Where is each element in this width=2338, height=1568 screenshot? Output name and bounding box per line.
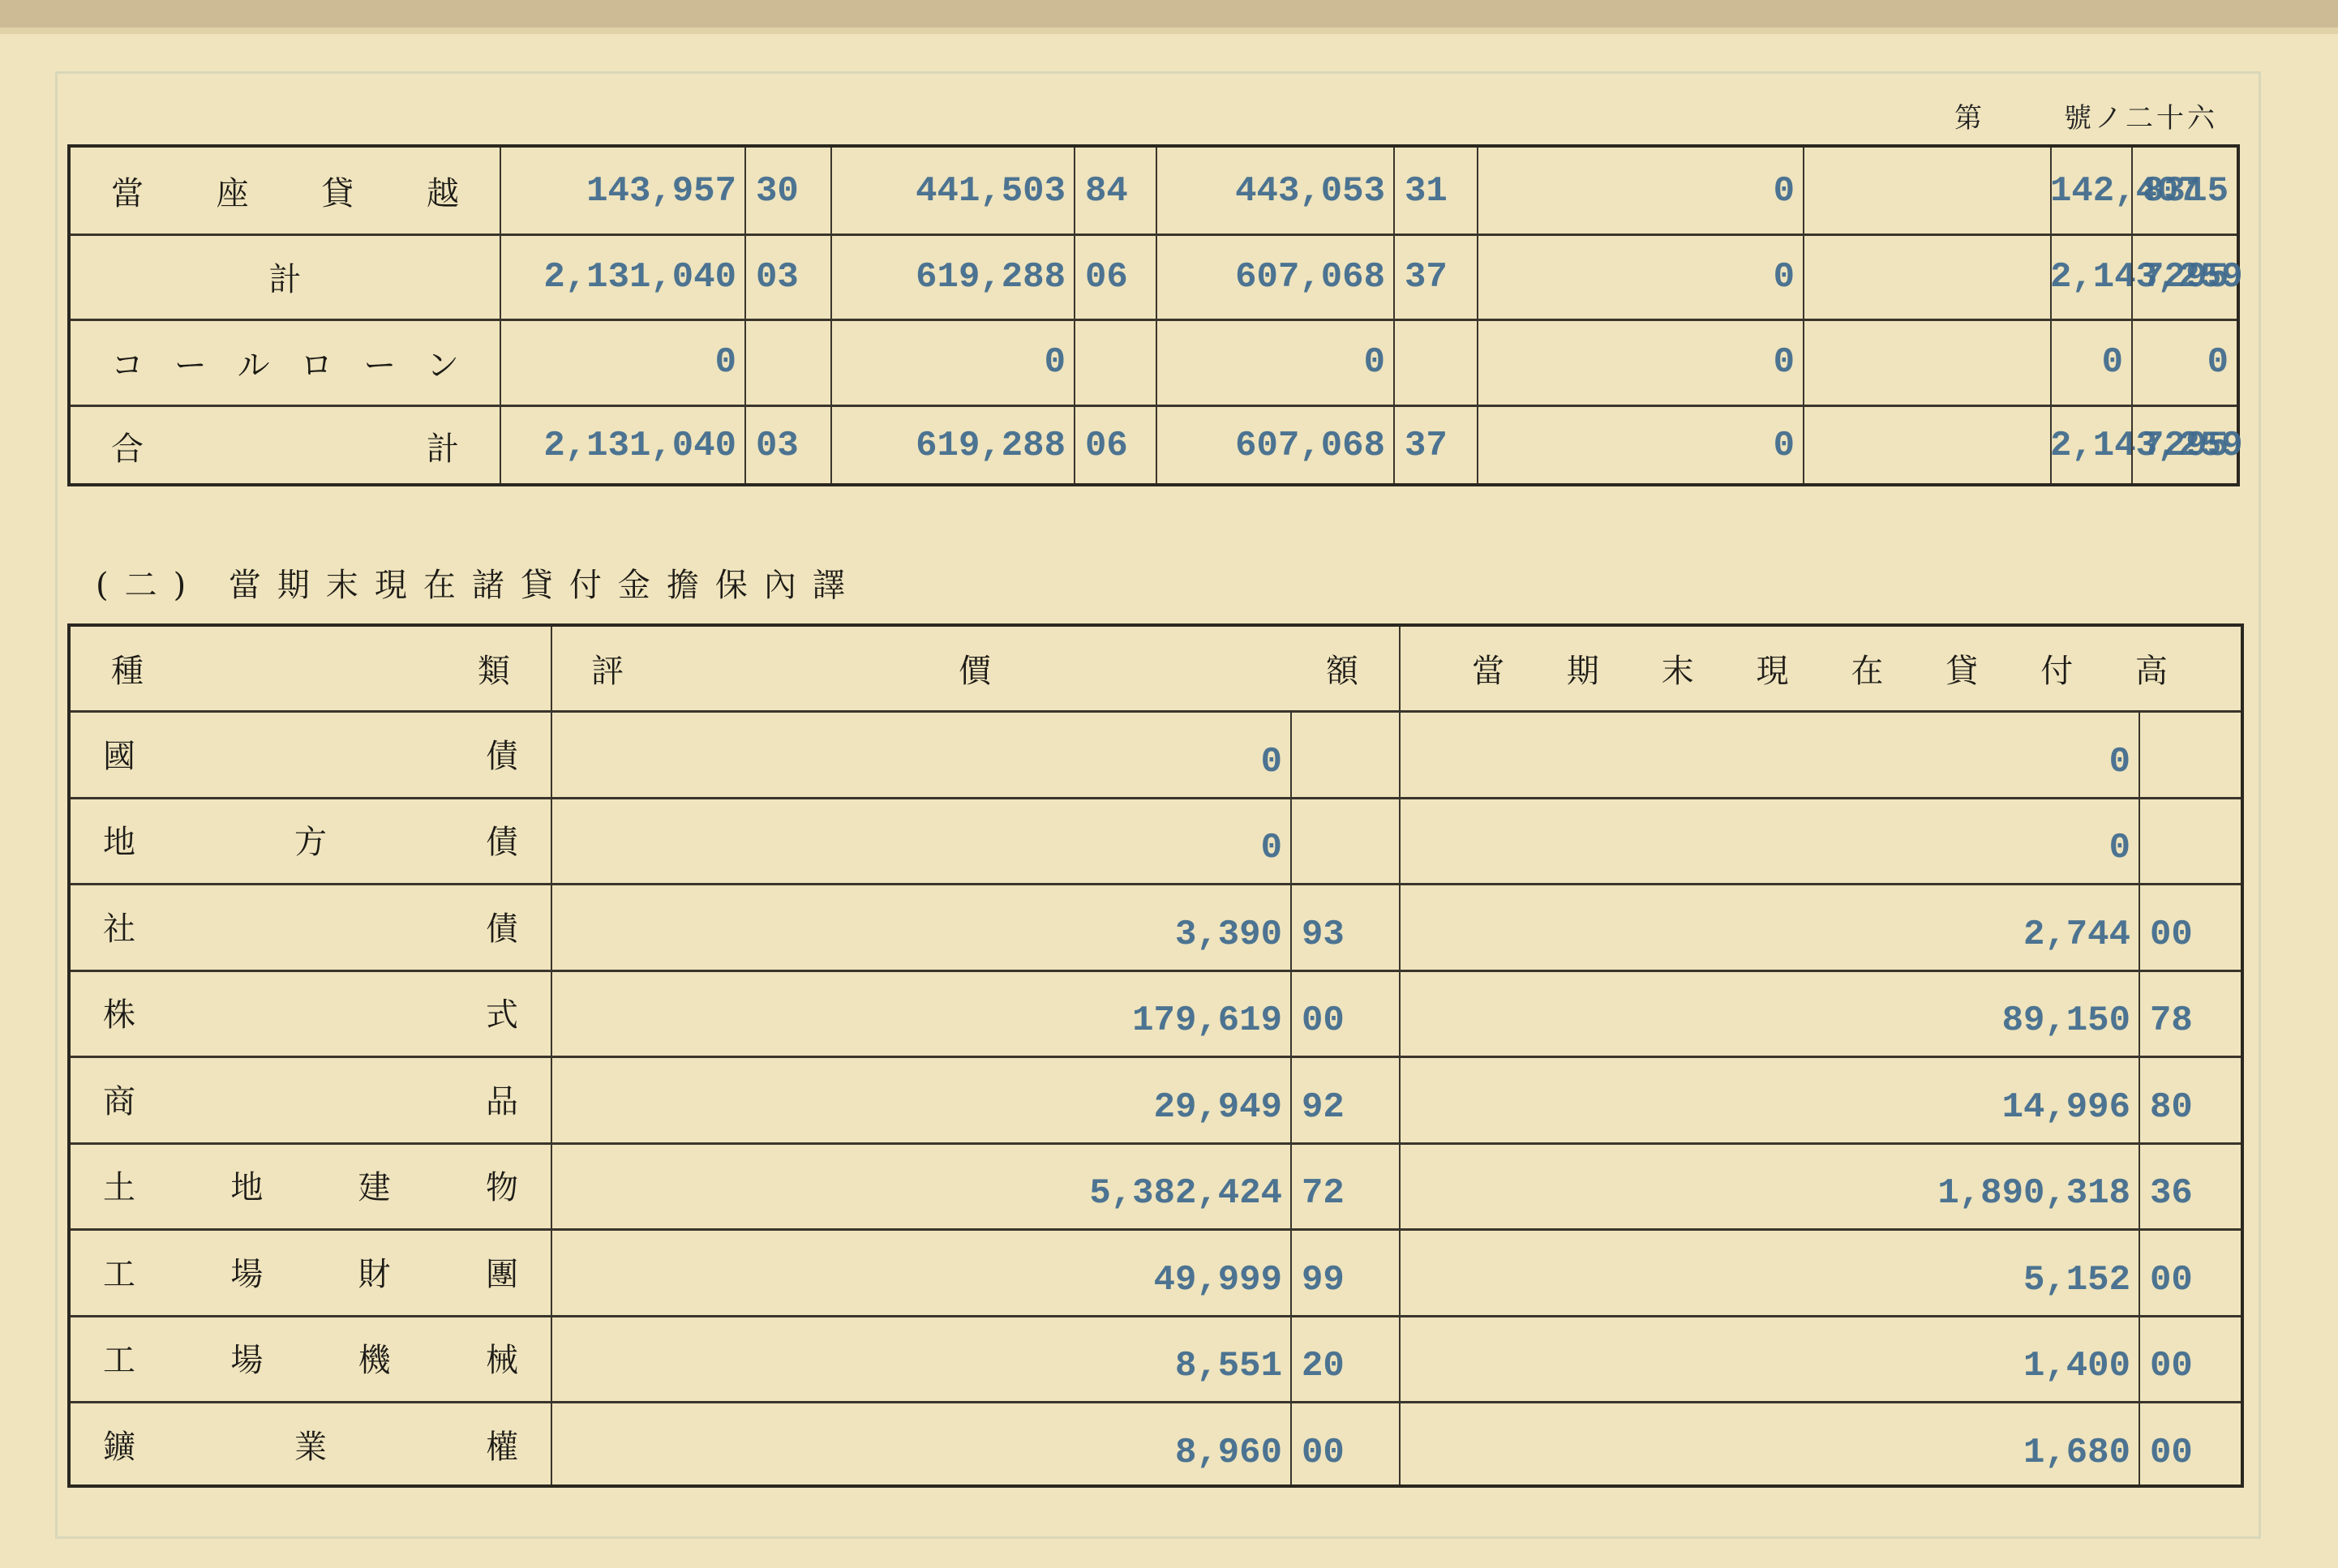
value-cell: 2,131,040 xyxy=(500,405,744,486)
value-cell: 2,143,259 xyxy=(2050,405,2131,486)
rate-value: 95 xyxy=(2131,257,2237,298)
row-overdraft-label: 當座貸越 xyxy=(71,148,500,234)
yen-value: 619,288 xyxy=(830,257,1074,298)
collateral-type-cell: 社債 xyxy=(71,883,551,970)
balance-cell: 89,150 xyxy=(1399,970,2139,1056)
label-char: 場 xyxy=(230,1335,263,1381)
value-cell: 2,131,040 xyxy=(500,234,744,319)
label-char: 當 xyxy=(1472,645,1504,692)
label-char: 債 xyxy=(486,816,518,863)
yen-value: 89,150 xyxy=(1399,1000,2139,1041)
label-char: 商 xyxy=(103,1076,135,1122)
valuation-cell: 0 xyxy=(551,710,1290,797)
balance-cell: 1,400 xyxy=(1399,1315,2139,1402)
label-char: 現 xyxy=(1757,645,1789,692)
collateral-type-cell: 鑛業權 xyxy=(71,1401,551,1488)
column-rule xyxy=(551,627,552,1484)
value-cell: 84 xyxy=(1074,148,1156,234)
header-balance: 當期末現在貸付高 xyxy=(1399,627,2241,710)
sen-value: 37 xyxy=(1393,257,1448,298)
yen-value: 0 xyxy=(1399,828,2139,868)
yen-value: 2,143,259 xyxy=(2050,257,2131,298)
collateral-type-cell: 工場財團 xyxy=(71,1228,551,1315)
balance-sen-cell xyxy=(2139,710,2241,797)
yen-value: 29,949 xyxy=(551,1087,1290,1128)
label-char: 貸 xyxy=(321,168,354,214)
label-char: 式 xyxy=(486,989,518,1035)
balance-sen-cell: 78 xyxy=(2139,970,2241,1056)
sen-value: 00 xyxy=(2139,1346,2193,1386)
yen-value: 1,400 xyxy=(1399,1346,2139,1386)
value-cell: 607,068 xyxy=(1156,234,1393,319)
sen-value: 00 xyxy=(2139,915,2193,955)
collateral-type-label: 商品 xyxy=(71,1076,551,1122)
value-cell xyxy=(1074,319,1156,405)
label-char: 品 xyxy=(486,1076,518,1122)
sen-value: 03 xyxy=(744,257,799,298)
sen-value: 03 xyxy=(744,426,799,466)
row-label: 當座貸越 xyxy=(71,168,500,214)
balance-cell: 0 xyxy=(1399,710,2139,797)
value-cell: 37 xyxy=(1393,405,1477,486)
yen-value: 443,053 xyxy=(1156,171,1393,212)
label-char: 計 xyxy=(427,423,459,469)
value-cell: 0 xyxy=(500,319,744,405)
collateral-type-cell: 國債 xyxy=(71,710,551,797)
label-char: 權 xyxy=(486,1421,518,1467)
value-cell: 619,288 xyxy=(830,234,1074,319)
sen-value: 99 xyxy=(1290,1260,1345,1300)
balance-sen-cell: 00 xyxy=(2139,1401,2241,1488)
value-cell xyxy=(1393,319,1477,405)
value-cell xyxy=(1803,234,2050,319)
label-char: 高 xyxy=(2135,645,2168,692)
column-rule xyxy=(744,148,746,483)
paper-top-edge xyxy=(0,0,2338,28)
yen-value: 2,744 xyxy=(1399,915,2139,955)
valuation-cell: 8,960 xyxy=(551,1401,1290,1488)
section-title: (二) 當期末現在諸貸付金擔保內譯 xyxy=(96,559,861,606)
label-char: 債 xyxy=(486,730,518,777)
row-label: 計 xyxy=(71,254,500,300)
rate-value: 0 xyxy=(2131,342,2237,383)
label-char: コ xyxy=(111,340,144,386)
value-cell: 30 xyxy=(744,148,830,234)
label-char: 場 xyxy=(230,1249,263,1295)
label-char: ン xyxy=(427,340,459,386)
label-char: ー xyxy=(363,340,396,386)
label-char: 土 xyxy=(103,1162,135,1208)
yen-value: 0 xyxy=(830,342,1074,383)
label-char: 械 xyxy=(486,1335,518,1381)
valuation-cell: 5,382,424 xyxy=(551,1142,1290,1229)
valuation-cell: 3,390 xyxy=(551,883,1290,970)
loan-movement-table: 當座貸越143,95730441,50384443,053310142,4078… xyxy=(67,144,2240,486)
value-cell: 0 xyxy=(1156,319,1393,405)
sen-value: 37 xyxy=(1393,426,1448,466)
sen-value: 06 xyxy=(1074,257,1128,298)
label-char: 鑛 xyxy=(103,1421,135,1467)
row-call-loan-label: コールローン xyxy=(71,319,500,405)
collateral-type-cell: 株式 xyxy=(71,970,551,1056)
column-rule xyxy=(1477,148,1478,483)
valuation-cell: 29,949 xyxy=(551,1056,1290,1142)
valuation-sen-cell: 00 xyxy=(1290,1401,1399,1488)
value-cell: 31 xyxy=(1393,148,1477,234)
label-char: 債 xyxy=(486,903,518,949)
yen-value: 8,551 xyxy=(551,1346,1290,1386)
sen-value: 30 xyxy=(744,171,799,212)
label-char: 方 xyxy=(294,816,327,863)
value-cell: 06 xyxy=(1074,234,1156,319)
yen-value: 0 xyxy=(551,828,1290,868)
rate-cell: 0 xyxy=(2131,319,2237,405)
sen-value: 06 xyxy=(1074,426,1128,466)
column-rule xyxy=(2139,710,2140,1484)
value-cell: 03 xyxy=(744,234,830,319)
balance-sen-cell: 00 xyxy=(2139,1228,2241,1315)
sen-value: 80 xyxy=(2139,1087,2193,1128)
yen-value: 179,619 xyxy=(551,1000,1290,1041)
collateral-type-label: 社債 xyxy=(71,903,551,949)
rate-cell: 95 xyxy=(2131,234,2237,319)
column-rule xyxy=(830,148,832,483)
yen-value: 2,131,040 xyxy=(500,257,744,298)
valuation-sen-cell: 00 xyxy=(1290,970,1399,1056)
collateral-type-label: 株式 xyxy=(71,989,551,1035)
row-label: コールローン xyxy=(71,340,500,386)
balance-cell: 0 xyxy=(1399,797,2139,884)
valuation-sen-cell: 99 xyxy=(1290,1228,1399,1315)
yen-value: 607,068 xyxy=(1156,257,1393,298)
label-char: 付 xyxy=(2040,645,2073,692)
value-cell: 443,053 xyxy=(1156,148,1393,234)
header-type: 種類 xyxy=(71,627,551,710)
collateral-type-cell: 工場機械 xyxy=(71,1315,551,1402)
collateral-type-label: 地方債 xyxy=(71,816,551,863)
yen-value: 3,390 xyxy=(551,915,1290,955)
sen-value: 00 xyxy=(2139,1433,2193,1473)
label-char: 財 xyxy=(358,1249,391,1295)
sen-value: 92 xyxy=(1290,1087,1345,1128)
yen-value: 49,999 xyxy=(551,1260,1290,1300)
label-char: 貸 xyxy=(1945,645,1978,692)
valuation-sen-cell: 72 xyxy=(1290,1142,1399,1229)
value-cell: 619,288 xyxy=(830,405,1074,486)
label-char: 工 xyxy=(103,1335,135,1381)
label-char: 物 xyxy=(486,1162,518,1208)
balance-cell: 1,890,318 xyxy=(1399,1142,2139,1229)
balance-cell: 14,996 xyxy=(1399,1056,2139,1142)
value-cell: 37 xyxy=(1393,234,1477,319)
yen-value: 619,288 xyxy=(830,426,1074,466)
valuation-sen-cell: 20 xyxy=(1290,1315,1399,1402)
column-rule xyxy=(1290,710,1292,1484)
value-cell: 0 xyxy=(2050,319,2131,405)
value-cell xyxy=(1803,405,2050,486)
yen-value: 441,503 xyxy=(830,171,1074,212)
sen-value: 93 xyxy=(1290,915,1345,955)
valuation-sen-cell: 93 xyxy=(1290,883,1399,970)
balance-sen-cell: 36 xyxy=(2139,1142,2241,1229)
collateral-breakdown-table: 種類評價額當期末現在貸付高國債00地方債00社債3,390932,74400株式… xyxy=(67,623,2244,1488)
label-char: 工 xyxy=(103,1249,135,1295)
collateral-type-cell: 地方債 xyxy=(71,797,551,884)
label-char: 機 xyxy=(358,1335,391,1381)
yen-value: 0 xyxy=(1477,171,1803,212)
yen-value: 142,407 xyxy=(2050,171,2131,212)
rate-value: 95 xyxy=(2131,426,2237,466)
label-char: 合 xyxy=(111,423,144,469)
balance-cell: 5,152 xyxy=(1399,1228,2139,1315)
collateral-type-label: 工場財團 xyxy=(71,1249,551,1295)
valuation-cell: 0 xyxy=(551,797,1290,884)
value-cell: 142,407 xyxy=(2050,148,2131,234)
value-cell xyxy=(1803,319,2050,405)
value-cell: 0 xyxy=(1477,234,1803,319)
valuation-cell: 179,619 xyxy=(551,970,1290,1056)
balance-cell: 2,744 xyxy=(1399,883,2139,970)
column-rule xyxy=(1156,148,1157,483)
valuation-sen-cell xyxy=(1290,710,1399,797)
yen-value: 0 xyxy=(1399,742,2139,782)
label-char: 株 xyxy=(103,989,135,1035)
column-rule xyxy=(1074,148,1075,483)
label-char: 額 xyxy=(1326,645,1358,692)
header-label: 當期末現在貸付高 xyxy=(1399,645,2241,692)
value-cell xyxy=(744,319,830,405)
value-cell: 2,143,259 xyxy=(2050,234,2131,319)
sen-value: 00 xyxy=(1290,1000,1345,1041)
label-char: 末 xyxy=(1662,645,1694,692)
label-char: 團 xyxy=(486,1249,518,1295)
header-label: 評價額 xyxy=(551,645,1399,692)
label-char: 社 xyxy=(103,903,135,949)
label-char: ー xyxy=(174,340,207,386)
sen-value: 36 xyxy=(2139,1173,2193,1214)
column-rule xyxy=(500,148,501,483)
label-char: 越 xyxy=(427,168,459,214)
yen-value: 1,890,318 xyxy=(1399,1173,2139,1214)
value-cell: 06 xyxy=(1074,405,1156,486)
label-char: 計 xyxy=(269,254,302,300)
yen-value: 0 xyxy=(1156,342,1393,383)
valuation-sen-cell: 92 xyxy=(1290,1056,1399,1142)
yen-value: 5,152 xyxy=(1399,1260,2139,1300)
sen-value: 31 xyxy=(1393,171,1448,212)
rate-cell: 95 xyxy=(2131,405,2237,486)
page-header-number: 號ノ二十六 xyxy=(2064,96,2218,144)
header-valuation: 評價額 xyxy=(551,627,1399,710)
yen-value: 0 xyxy=(1477,426,1803,466)
column-rule xyxy=(2131,148,2133,483)
label-char: 價 xyxy=(959,645,991,692)
label-char: 在 xyxy=(1851,645,1883,692)
collateral-type-label: 工場機械 xyxy=(71,1335,551,1381)
label-char: 類 xyxy=(478,645,510,692)
sen-value: 20 xyxy=(1290,1346,1345,1386)
sen-value: 84 xyxy=(1074,171,1128,212)
column-rule xyxy=(1399,627,1401,1484)
value-cell: 441,503 xyxy=(830,148,1074,234)
label-char: 當 xyxy=(111,168,144,214)
paper-edge xyxy=(0,28,2338,34)
value-cell: 0 xyxy=(830,319,1074,405)
label-char: 建 xyxy=(358,1162,391,1208)
label-char: 期 xyxy=(1567,645,1599,692)
label-char: 種 xyxy=(111,645,144,692)
label-char: ル xyxy=(238,340,270,386)
valuation-cell: 8,551 xyxy=(551,1315,1290,1402)
value-cell: 0 xyxy=(1477,148,1803,234)
balance-sen-cell: 80 xyxy=(2139,1056,2241,1142)
collateral-type-cell: 商品 xyxy=(71,1056,551,1142)
balance-sen-cell: 00 xyxy=(2139,883,2241,970)
yen-value: 0 xyxy=(551,742,1290,782)
yen-value: 0 xyxy=(1477,257,1803,298)
row-label: 合計 xyxy=(71,423,500,469)
value-cell: 0 xyxy=(1477,405,1803,486)
row-grand-total-label: 合計 xyxy=(71,405,500,486)
yen-value: 143,957 xyxy=(500,171,744,212)
value-cell xyxy=(1803,148,2050,234)
yen-value: 0 xyxy=(2050,342,2131,383)
yen-value: 2,131,040 xyxy=(500,426,744,466)
collateral-type-cell: 土地建物 xyxy=(71,1142,551,1229)
value-cell: 03 xyxy=(744,405,830,486)
sen-value: 00 xyxy=(1290,1433,1345,1473)
header-label: 種類 xyxy=(71,645,551,692)
yen-value: 607,068 xyxy=(1156,426,1393,466)
value-cell: 607,068 xyxy=(1156,405,1393,486)
sen-value: 78 xyxy=(2139,1000,2193,1041)
balance-sen-cell xyxy=(2139,797,2241,884)
value-cell: 143,957 xyxy=(500,148,744,234)
label-char: ロ xyxy=(300,340,332,386)
collateral-type-label: 國債 xyxy=(71,730,551,777)
yen-value: 5,382,424 xyxy=(551,1173,1290,1214)
column-rule xyxy=(1803,148,1804,483)
label-char: 座 xyxy=(217,168,249,214)
collateral-type-label: 鑛業權 xyxy=(71,1421,551,1467)
sen-value: 00 xyxy=(2139,1260,2193,1300)
yen-value: 0 xyxy=(500,342,744,383)
label-char: 評 xyxy=(591,645,624,692)
label-char: 地 xyxy=(103,816,135,863)
balance-sen-cell: 00 xyxy=(2139,1315,2241,1402)
valuation-sen-cell xyxy=(1290,797,1399,884)
value-cell: 0 xyxy=(1477,319,1803,405)
yen-value: 1,680 xyxy=(1399,1433,2139,1473)
collateral-type-label: 土地建物 xyxy=(71,1162,551,1208)
yen-value: 2,143,259 xyxy=(2050,426,2131,466)
yen-value: 0 xyxy=(1477,342,1803,383)
row-subtotal-label: 計 xyxy=(71,234,500,319)
column-rule xyxy=(2050,148,2052,483)
yen-value: 14,996 xyxy=(1399,1087,2139,1128)
valuation-cell: 49,999 xyxy=(551,1228,1290,1315)
column-rule xyxy=(1393,148,1395,483)
rate-cell: 15 xyxy=(2131,148,2237,234)
page-header-prefix: 第 xyxy=(1954,96,1985,144)
rate-value: 15 xyxy=(2131,171,2237,212)
label-char: 業 xyxy=(294,1421,327,1467)
label-char: 國 xyxy=(103,730,135,777)
label-char: 地 xyxy=(230,1162,263,1208)
yen-value: 8,960 xyxy=(551,1433,1290,1473)
sen-value: 72 xyxy=(1290,1173,1345,1214)
balance-cell: 1,680 xyxy=(1399,1401,2139,1488)
